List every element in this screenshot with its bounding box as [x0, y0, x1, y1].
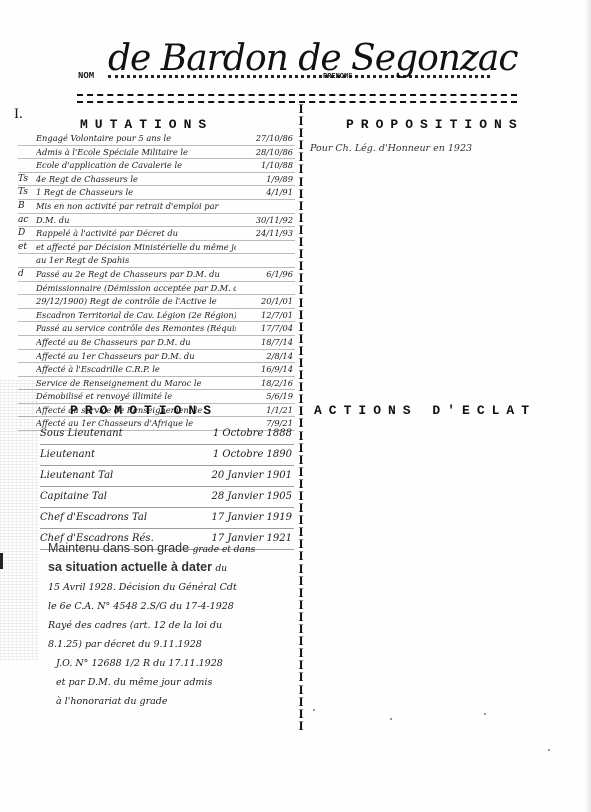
actions-eclat-title: ACTIONS D'ECLAT: [314, 403, 536, 418]
mutation-row: etet affecté par Décision Ministérielle …: [18, 241, 295, 255]
mutation-date: 28/10/86: [256, 146, 293, 159]
promotion-date: 1 Octobre 1890: [213, 445, 292, 465]
mutation-date: 24/11/93: [256, 227, 293, 240]
situation-line: Rayé des cadres (art. 12 de la loi du: [48, 616, 293, 635]
mutation-row: Escadron Territorial de Cav. Légion (2e …: [18, 309, 295, 323]
mutation-date: 12/7/01: [261, 309, 293, 322]
mutation-row: Service de Renseignement du Maroc le18/2…: [18, 377, 295, 391]
promotion-date: 28 Janvier 1905: [212, 487, 293, 507]
divider-glyph: I: [298, 720, 303, 732]
mutation-date: 1/10/88: [261, 159, 293, 172]
margin-annotation: ac: [18, 214, 34, 227]
mutation-text: Affecté à l'Escadrille C.R.P. le: [36, 363, 160, 376]
mutation-text: Engagé Volontaire pour 5 ans le: [36, 132, 171, 145]
mutation-date: 2/8/14: [266, 350, 293, 363]
mutation-text: Passé au 2e Regt de Chasseurs par D.M. d…: [36, 268, 220, 281]
proposition-entry: Pour Ch. Lég. d'Honneur en 1923: [310, 143, 472, 154]
mutation-row: 29/12/1900) Regt de contrôle de l'Active…: [18, 295, 295, 309]
nom-label: NOM: [78, 71, 94, 81]
margin-annotation: et: [18, 241, 34, 254]
mutation-text: 4e Regt de Chasseurs le: [36, 173, 138, 186]
situation-handwritten: 15 Avril 1928. Décision du Général Cdtle…: [48, 578, 293, 711]
scan-speck: [548, 749, 550, 751]
mutation-date: 1/9/89: [266, 173, 293, 186]
mutation-date: 16/9/14: [261, 363, 293, 376]
scan-speck: [390, 718, 392, 720]
mutation-text: D.M. du: [36, 214, 69, 227]
promotions-list: Sous Lieutenant1 Octobre 1888Lieutenant1…: [40, 424, 294, 550]
mutation-text: Ecole d'application de Cavalerie le: [36, 159, 182, 172]
promotion-row: Chef d'Escadrons Tal17 Janvier 1919: [40, 508, 294, 529]
mutation-row: Engagé Volontaire pour 5 ans le27/10/86: [18, 132, 295, 146]
mutation-text: Démobilisé et renvoyé illimité le: [36, 390, 172, 403]
mutation-row: Ts4e Regt de Chasseurs le1/9/89: [18, 173, 295, 187]
situation-block: Maintenu dans son grade grade et dans sa…: [48, 540, 293, 711]
mutation-row: Affecté au service de Renseignement le1/…: [18, 404, 295, 418]
mutation-text: Mis en non activité par retrait d'emploi…: [36, 200, 219, 213]
situation-line: J.O. N° 12688 1/2 R du 17.11.1928: [48, 654, 293, 673]
promotion-grade: Lieutenant: [40, 445, 95, 465]
margin-annotation: D: [18, 227, 34, 240]
mutation-row: Ecole d'application de Cavalerie le1/10/…: [18, 159, 295, 173]
mutation-date: 6/1/96: [266, 268, 293, 281]
handwritten-text: du: [215, 564, 227, 574]
mutations-list: Engagé Volontaire pour 5 ans le27/10/86A…: [18, 132, 295, 431]
scan-mark: [0, 553, 3, 569]
margin-annotation: Ts: [18, 173, 34, 186]
mutation-row: Ts1 Regt de Chasseurs le4/1/91: [18, 186, 295, 200]
promotion-grade: Lieutenant Tal: [40, 466, 113, 486]
mutation-date: 27/10/86: [256, 132, 293, 145]
margin-annotation: d: [18, 268, 34, 281]
mutation-text: 1 Regt de Chasseurs le: [36, 186, 133, 199]
mutation-row: dPassé au 2e Regt de Chasseurs par D.M. …: [18, 268, 295, 282]
mutation-text: et affecté par Décision Ministérielle du…: [36, 241, 236, 254]
mutation-row: Démobilisé et renvoyé illimité le5/6/19: [18, 390, 295, 404]
mutation-date: 1/1/21: [266, 404, 293, 417]
mutation-text: Affecté au 8e Chasseurs par D.M. du: [36, 336, 191, 349]
margin-annotation: Ts: [18, 186, 34, 199]
prenoms-label: PRENOMS: [323, 73, 352, 81]
situation-line: et par D.M. du même jour admis: [48, 673, 293, 692]
situation-line: à l'honorariat du grade: [48, 692, 293, 711]
mutation-date: 18/7/14: [261, 336, 293, 349]
mutation-date: 4/1/91: [266, 186, 293, 199]
promotion-row: Sous Lieutenant1 Octobre 1888: [40, 424, 294, 445]
mutation-row: BMis en non activité par retrait d'emplo…: [18, 200, 295, 214]
mutation-text: 29/12/1900) Regt de contrôle de l'Active…: [36, 295, 217, 308]
promotion-row: Lieutenant Tal20 Janvier 1901: [40, 466, 294, 487]
situation-line: 8.1.25) par décret du 9.11.1928: [48, 635, 293, 654]
promotion-grade: Capitaine Tal: [40, 487, 107, 507]
mutation-date: 30/11/92: [256, 214, 293, 227]
mutation-date: 20/1/01: [261, 295, 293, 308]
mutation-text: Service de Renseignement du Maroc le: [36, 377, 201, 390]
column-divider: IIIIIIIIIIIIIIIIIIIIIIIIIIIIIIIIIIIIIIII…: [295, 103, 307, 731]
promotion-date: 1 Octobre 1888: [213, 424, 292, 444]
mutation-text: Rappelé à l'activité par Décret du: [36, 227, 178, 240]
typed-text: sa situation actuelle à dater: [48, 560, 212, 574]
mutation-text: au 1er Regt de Spahis: [36, 254, 129, 267]
mutation-row: acD.M. du30/11/92: [18, 214, 295, 228]
mutation-row: Affecté à l'Escadrille C.R.P. le16/9/14: [18, 363, 295, 377]
scan-edge: [585, 0, 591, 812]
scan-speck: [313, 709, 315, 711]
mutation-date: 18/2/16: [261, 377, 293, 390]
mutations-title: MUTATIONS: [80, 117, 213, 132]
mutation-text: Affecté au 1er Chasseurs par D.M. du: [36, 350, 195, 363]
mutation-text: Escadron Territorial de Cav. Légion (2e …: [36, 309, 236, 322]
mutation-row: Démissionnaire (Démission acceptée par D…: [18, 282, 295, 296]
situation-typed-line: Maintenu dans son grade grade et dans: [48, 540, 293, 559]
mutation-row: DRappelé à l'activité par Décret du24/11…: [18, 227, 295, 241]
section-number: I.: [14, 106, 23, 123]
mutation-text: Démissionnaire (Démission acceptée par D…: [36, 282, 236, 295]
typed-text: Maintenu dans son grade: [48, 541, 189, 555]
mutation-date: 17/7/04: [261, 322, 293, 335]
header-double-rule: [77, 94, 517, 103]
propositions-title: PROPOSITIONS: [346, 117, 524, 132]
situation-line: 15 Avril 1928. Décision du Général Cdt: [48, 578, 293, 597]
document-page: NOM de Bardon de Segonzac PRENOMS I. III…: [0, 0, 591, 812]
handwritten-name: de Bardon de Segonzac: [108, 38, 518, 79]
mutation-row: Admis à l'Ecole Spéciale Militaire le28/…: [18, 146, 295, 160]
promotion-date: 17 Janvier 1919: [212, 508, 293, 528]
mutation-row: Passé au service contrôle des Remontes (…: [18, 322, 295, 336]
mutation-row: Affecté au 8e Chasseurs par D.M. du18/7/…: [18, 336, 295, 350]
promotion-grade: Sous Lieutenant: [40, 424, 123, 444]
handwritten-text: grade et dans: [193, 545, 256, 555]
mutation-row: Affecté au 1er Chasseurs par D.M. du2/8/…: [18, 350, 295, 364]
promotion-date: 20 Janvier 1901: [212, 466, 293, 486]
mutation-row: au 1er Regt de Spahis: [18, 254, 295, 268]
mutation-text: Passé au service contrôle des Remontes (…: [36, 322, 236, 335]
promotion-row: Capitaine Tal28 Janvier 1905: [40, 487, 294, 508]
mutation-text: Admis à l'Ecole Spéciale Militaire le: [36, 146, 188, 159]
situation-line: le 6e C.A. N° 4548 2.S/G du 17-4-1928: [48, 597, 293, 616]
mutation-text: Affecté au service de Renseignement le: [36, 404, 202, 417]
mutation-date: 5/6/19: [266, 390, 293, 403]
name-header: NOM de Bardon de Segonzac PRENOMS: [70, 38, 490, 83]
margin-annotation: B: [18, 200, 34, 213]
promotion-grade: Chef d'Escadrons Tal: [40, 508, 147, 528]
promotion-row: Lieutenant1 Octobre 1890: [40, 445, 294, 466]
situation-typed-line: sa situation actuelle à dater du: [48, 559, 293, 578]
scan-speck: [484, 713, 486, 715]
